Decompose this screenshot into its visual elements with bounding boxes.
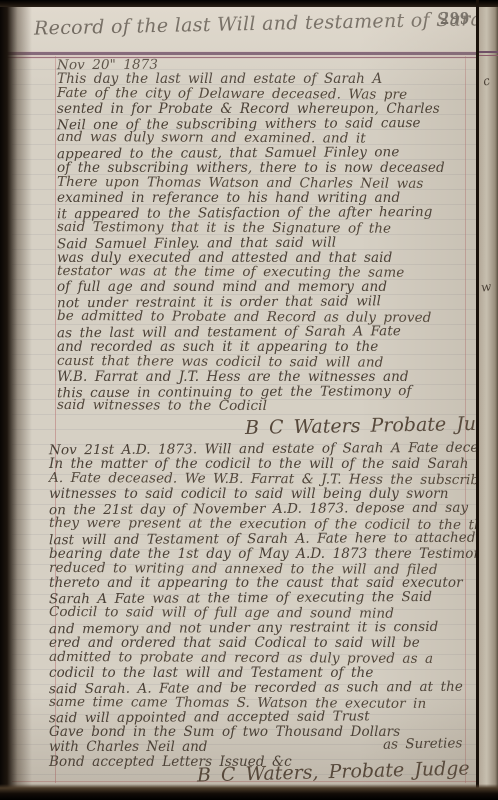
page-edge-line — [476, 0, 479, 800]
adjacent-page-rule — [479, 51, 498, 58]
manuscript-line: last will and Testament of Sarah A. Fate… — [49, 530, 468, 547]
manuscript-lines: Nov 20" 1873This day the last will and e… — [57, 57, 468, 414]
manuscript-line: A. Fate deceased. We W.B. Farrat & J.T. … — [49, 471, 468, 488]
manuscript-line: testator was at the time of executing th… — [57, 264, 468, 281]
manuscript-body: Nov 20" 1873This day the last will and e… — [57, 57, 468, 788]
page-number: 299 — [440, 8, 470, 29]
ink-mark: c — [482, 75, 491, 86]
manuscript-line: as the last will and testament of Sarah … — [57, 324, 468, 341]
manuscript-lines: Nov 21st A.D. 1873. Will and estate of S… — [49, 442, 468, 740]
sureties-left-text: with Charles Neil and — [49, 740, 207, 755]
will-entry-nov20: Nov 20" 1873This day the last will and e… — [57, 57, 468, 441]
book-binding-gutter — [0, 0, 32, 800]
book-bottom-edge — [0, 784, 498, 800]
manuscript-line: Fate of the city of Delaware deceased. W… — [57, 86, 468, 103]
manuscript-line: Nov 21st A.D. 1873. Will and estate of S… — [49, 441, 468, 458]
manuscript-line: said will appointed and accepted said Tr… — [49, 709, 468, 726]
manuscript-line: caust that there was codicil to said wil… — [57, 354, 468, 371]
adjacent-page-sliver: c w — [479, 0, 498, 800]
ledger-page-scan: Record of the last Will and testament of… — [0, 0, 498, 800]
sureties-right-text: as Sureties — [383, 736, 463, 752]
manuscript-line: admitted to probate and record as duly p… — [49, 650, 468, 667]
manuscript-line: Said Samuel Finley. and that said will — [57, 234, 468, 251]
manuscript-line: appeared to the caust, that Samuel Finle… — [57, 145, 468, 162]
manuscript-line: Nov 20" 1873 — [57, 56, 468, 73]
sureties-line: with Charles Neil and as Sureties — [49, 740, 468, 755]
ink-mark: w — [480, 281, 492, 292]
manuscript-line: and memory and not under any restraint i… — [49, 620, 468, 637]
book-top-edge — [0, 0, 498, 7]
probate-judge-signature: B C Waters Probate Judge — [245, 412, 468, 443]
manuscript-line: There upon Thomas Watson and Charles Nei… — [57, 175, 468, 192]
codicil-entry-nov21: Nov 21st A.D. 1873. Will and estate of S… — [49, 442, 468, 788]
page-title: Record of the last Will and testament of… — [34, 8, 474, 39]
manuscript-line: reduced to writing and annexed to the wi… — [49, 560, 468, 577]
